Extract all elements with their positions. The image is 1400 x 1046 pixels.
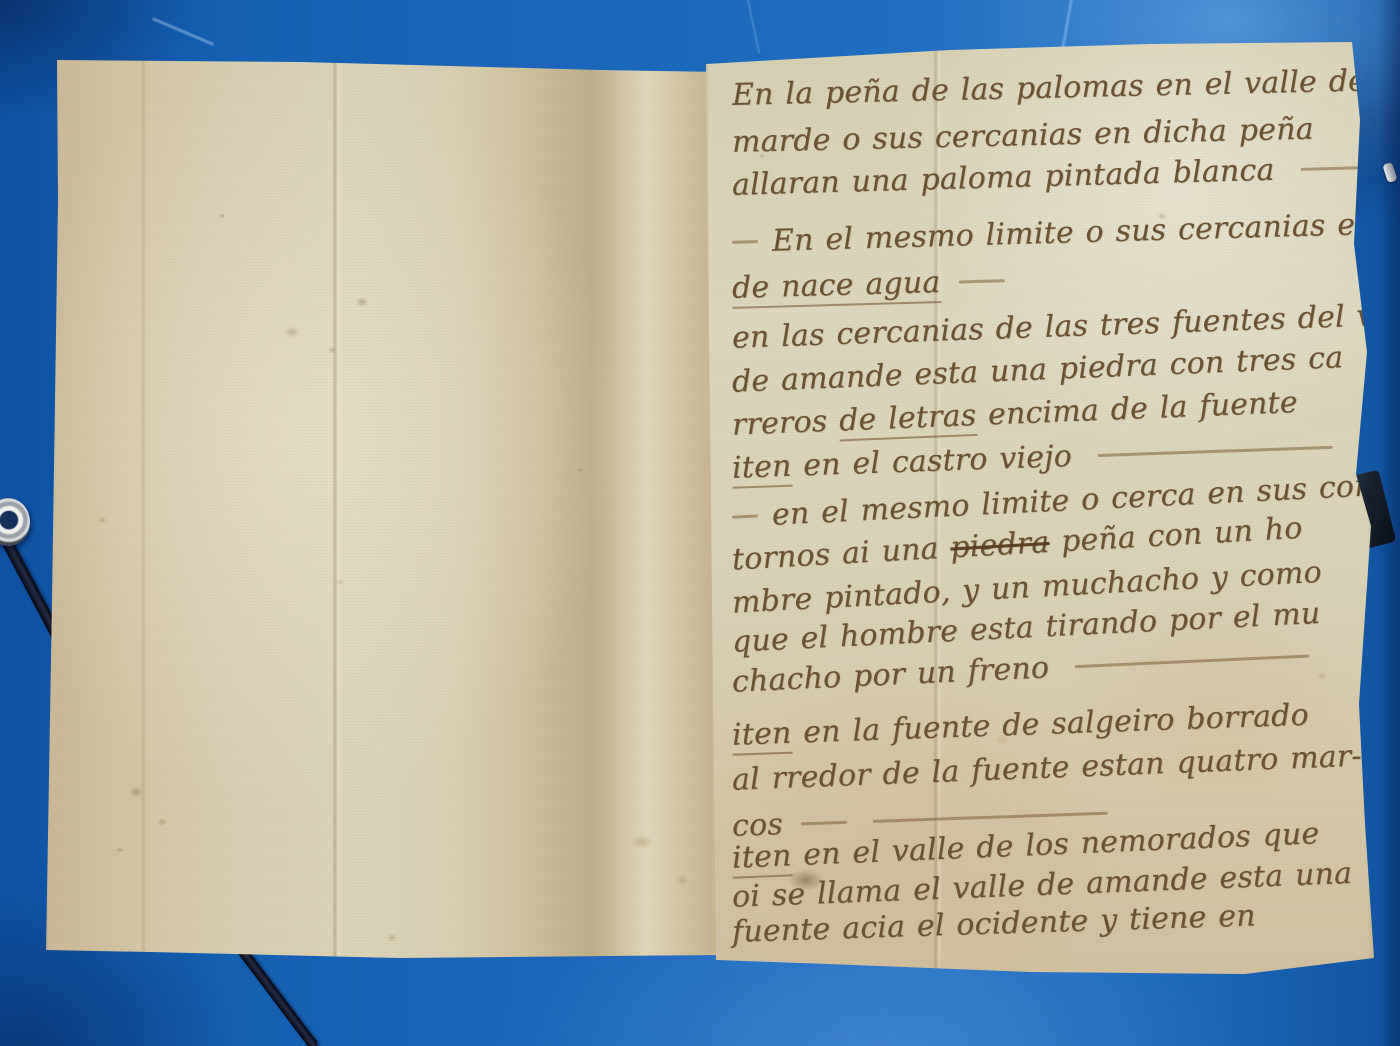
ink-flourish-dash [732, 240, 758, 244]
ink-stains [40, 50, 730, 965]
right-page-manuscript: En la peña de las palomas en el valle de… [700, 34, 1382, 982]
paper-fold-creases [40, 50, 730, 965]
ink-flourish-dash [1098, 446, 1333, 457]
ink-text: de letras [838, 398, 977, 441]
ink-text: en el castro viejo [791, 439, 1073, 484]
ink-text: iten [731, 838, 792, 878]
ink-text: rreros [731, 403, 839, 442]
ink-flourish-dash [732, 514, 758, 518]
ink-text: piedra [949, 525, 1050, 565]
manuscript-lines: En la peña de las palomas en el valle de… [726, 74, 1366, 954]
ink-text: de nace agua [732, 265, 941, 309]
felt-crease [746, 0, 760, 54]
ink-text: iten [731, 449, 792, 489]
ink-flourish-dash [801, 821, 847, 826]
ink-text: iten [731, 716, 792, 756]
ink-text: En la peña de las palomas en el valle de… [732, 63, 1400, 113]
ink-flourish-dash [1075, 654, 1310, 668]
ink-text: peña con un ho [1048, 511, 1303, 560]
left-page-blank-verso [40, 50, 730, 965]
felt-scratch [152, 17, 214, 46]
photograph-scene: En la peña de las palomas en el valle de… [0, 0, 1400, 1046]
ink-text: encima de la fuente [976, 385, 1299, 433]
ink-flourish-dash [873, 812, 1108, 823]
ink-flourish-dash [958, 279, 1004, 283]
ink-text: chacho por un freno [731, 650, 1050, 699]
felt-crease [1062, 0, 1074, 48]
ink-text: tornos ai una [731, 530, 951, 577]
grommet-eyelet [0, 498, 30, 546]
